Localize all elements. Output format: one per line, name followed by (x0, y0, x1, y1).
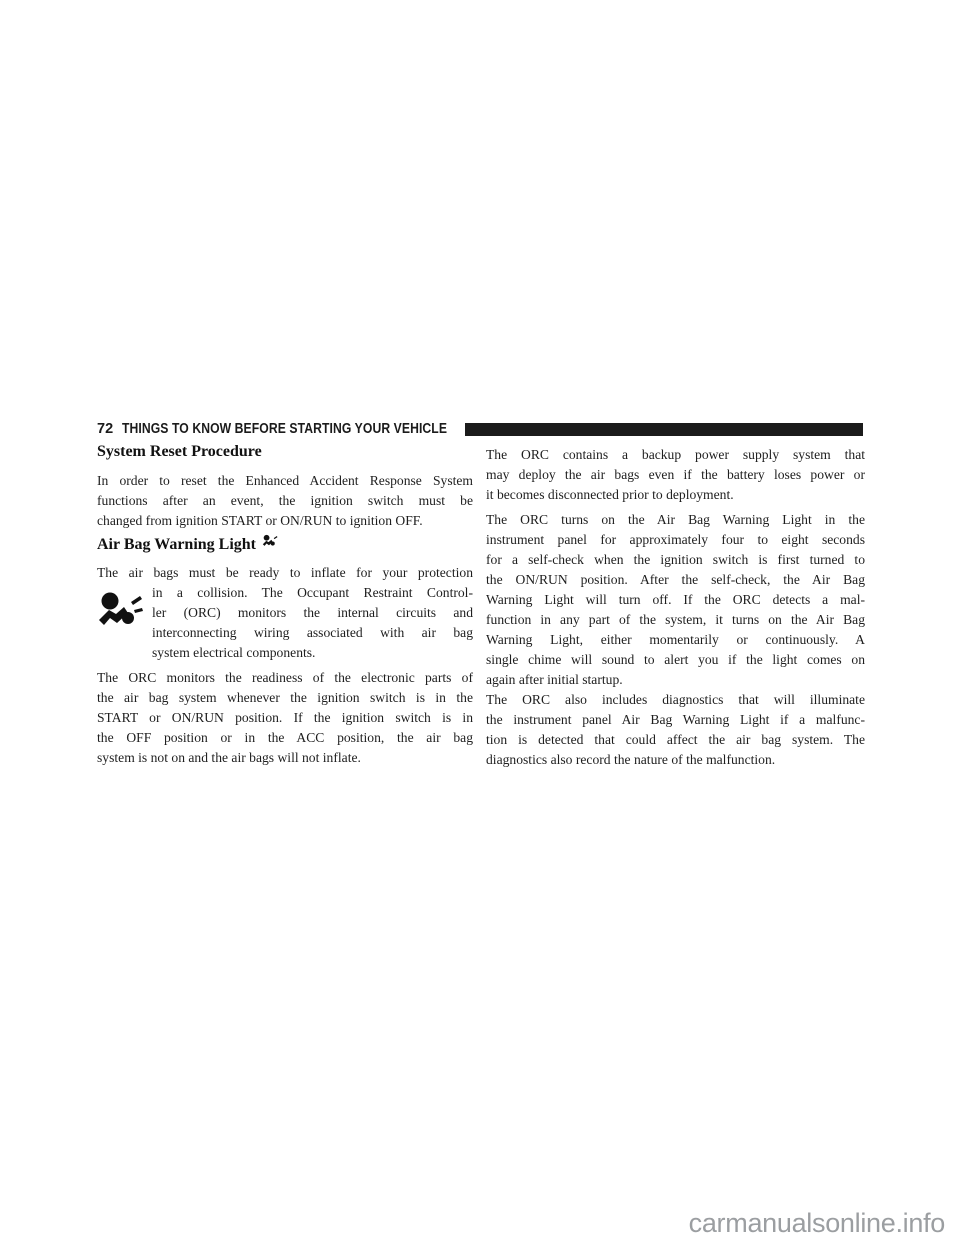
airbag-icon-wrap-row: in a collision. The Occupant Restraint C… (97, 583, 473, 663)
text-line: may deploy the air bags even if the batt… (486, 465, 865, 485)
left-column: System Reset Procedure In order to reset… (97, 443, 473, 770)
text-line: the instrument panel Air Bag Warning Lig… (486, 710, 865, 730)
right-column: The ORC contains a backup power supply s… (486, 443, 865, 770)
section-heading-system-reset: System Reset Procedure (97, 443, 473, 460)
text-line: START or ON/RUN position. If the ignitio… (97, 708, 473, 728)
text-line: changed from ignition START or ON/RUN to… (97, 511, 473, 531)
text-line: system is not on and the air bags will n… (97, 748, 473, 768)
text-line: instrument panel for approximately four … (486, 530, 865, 550)
text-line: functions after an event, the ignition s… (97, 491, 473, 511)
text-line: interconnecting wiring associated with a… (152, 623, 473, 643)
text-line: again after initial startup. (486, 670, 865, 690)
text-line: for a self-check when the ignition switc… (486, 550, 865, 570)
header-rule-bar (465, 423, 863, 436)
paragraph-reset-procedure: In order to reset the Enhanced Accident … (97, 471, 473, 531)
paragraph-self-check: The ORC turns on the Air Bag Warning Lig… (486, 510, 865, 690)
paragraph-diagnostics: The ORC also includes diagnostics that w… (486, 690, 865, 770)
text-line: it becomes disconnected prior to deploym… (486, 485, 865, 505)
airbag-warning-light-icon (262, 534, 279, 553)
text-line: Warning Light will turn off. If the ORC … (486, 590, 865, 610)
text-line: system electrical components. (152, 643, 473, 663)
page-number: 72 (97, 421, 113, 437)
text-line: The ORC monitors the readiness of the el… (97, 668, 473, 688)
airbag-occupant-icon (97, 583, 152, 663)
text-line: The ORC also includes diagnostics that w… (486, 690, 865, 710)
text-line: in a collision. The Occupant Restraint C… (152, 583, 473, 603)
text-line: single chime will sound to alert you if … (486, 650, 865, 670)
paragraph-backup-power: The ORC contains a backup power supply s… (486, 445, 865, 505)
text-line: ler (ORC) monitors the internal circuits… (152, 603, 473, 623)
section-heading-airbag-warning-light: Air Bag Warning Light (97, 536, 473, 553)
running-header: 72 THINGS TO KNOW BEFORE STARTING YOUR V… (97, 420, 865, 438)
text-line: The ORC contains a backup power supply s… (486, 445, 865, 465)
text-line: The ORC turns on the Air Bag Warning Lig… (486, 510, 865, 530)
text-line: the air bag system whenever the ignition… (97, 688, 473, 708)
text-line: The air bags must be ready to inflate fo… (97, 563, 473, 583)
text-line: function in any part of the system, it t… (486, 610, 865, 630)
section-heading-label: Air Bag Warning Light (97, 536, 256, 553)
text-line: tion is detected that could affect the a… (486, 730, 865, 750)
text-line: diagnostics also record the nature of th… (486, 750, 865, 770)
chapter-title: THINGS TO KNOW BEFORE STARTING YOUR VEHI… (122, 421, 447, 437)
watermark-site-label: carmanualsonline.info (689, 1208, 945, 1239)
manual-page: 72 THINGS TO KNOW BEFORE STARTING YOUR V… (0, 0, 960, 1242)
paragraph-orc-readiness: The ORC monitors the readiness of the el… (97, 668, 473, 768)
two-column-text: System Reset Procedure In order to reset… (97, 443, 865, 770)
text-line: In order to reset the Enhanced Accident … (97, 471, 473, 491)
page-content: 72 THINGS TO KNOW BEFORE STARTING YOUR V… (97, 420, 865, 770)
text-line: the OFF position or in the ACC position,… (97, 728, 473, 748)
paragraph-airbag-intro: The air bags must be ready to inflate fo… (97, 563, 473, 663)
paragraph-airbag-wrapped-text: in a collision. The Occupant Restraint C… (152, 583, 473, 663)
text-line: the ON/RUN position. After the self-chec… (486, 570, 865, 590)
text-line: Warning Light, either momentarily or con… (486, 630, 865, 650)
